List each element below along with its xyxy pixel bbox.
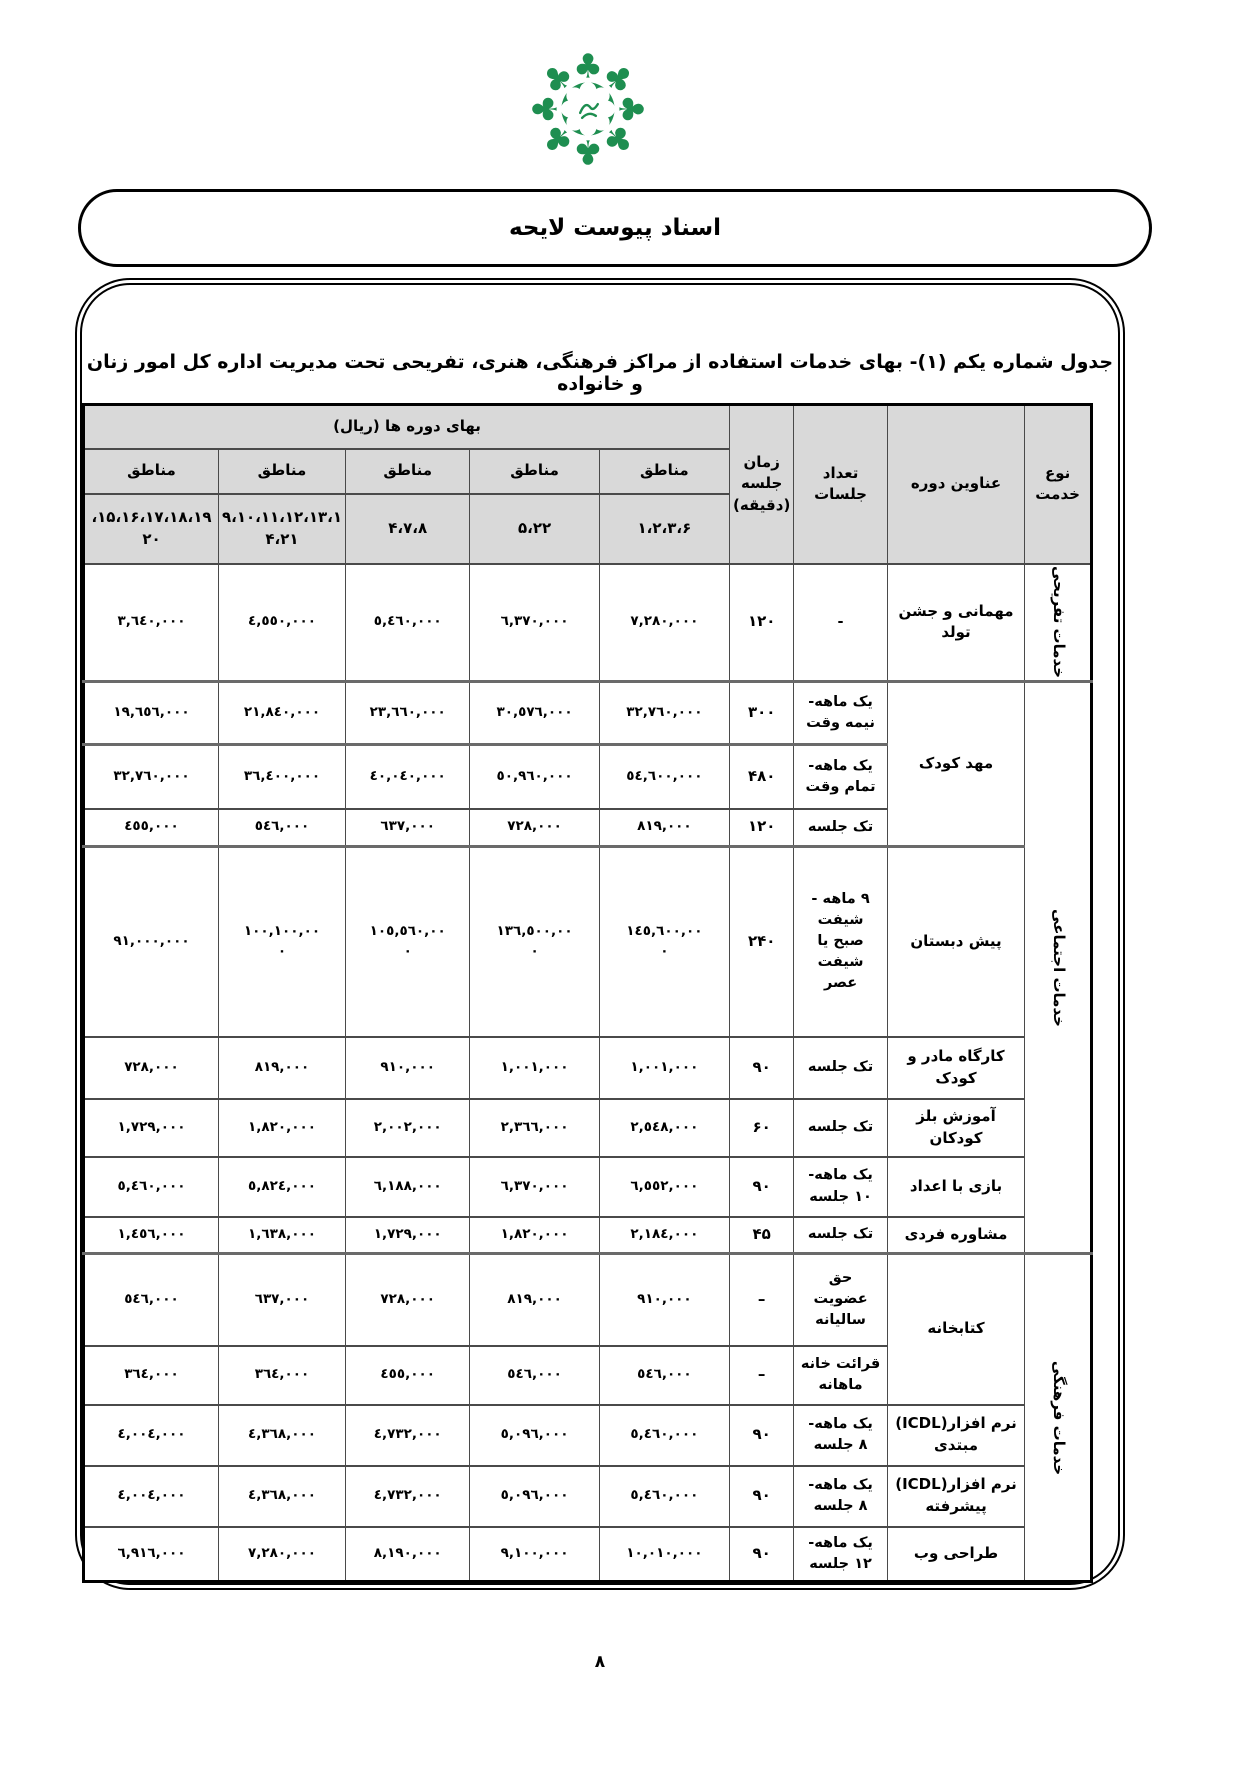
price-regions-4-7-8: ١,٧٢٩,٠٠٠ bbox=[346, 1217, 470, 1254]
price-regions-5-22: ٢,٣٦٦,٠٠٠ bbox=[470, 1099, 599, 1157]
session-count: یک ماهه- نیمه وقت bbox=[794, 682, 888, 745]
price-regions-5-22: ٧٢٨,٠٠٠ bbox=[470, 809, 599, 847]
price-regions-4-7-8: ٦٣٧,٠٠٠ bbox=[346, 809, 470, 847]
session-count: یک ماهه- ۸ جلسه bbox=[794, 1466, 888, 1527]
price-regions-5-22: ١,٠٠١,٠٠٠ bbox=[470, 1037, 599, 1099]
price-regions-5-22: ١٣٦,٥٠٠,٠٠ ٠ bbox=[470, 847, 599, 1037]
price-regions-5-22: ٣٠,٥٧٦,٠٠٠ bbox=[470, 682, 599, 745]
session-count: حق عضویت سالیانه bbox=[794, 1254, 888, 1346]
session-count: یک ماهه- ۱۰ جلسه bbox=[794, 1157, 888, 1217]
page-number: ۸ bbox=[75, 1652, 1125, 1672]
price-regions-15-20: ٤,٠٠٤,٠٠٠ bbox=[84, 1466, 219, 1527]
table-row: طراحی وب یک ماهه- ۱۲ جلسه ۹۰ ١٠,٠١٠,٠٠٠ … bbox=[84, 1527, 1092, 1582]
course-title: کتابخانه bbox=[887, 1254, 1024, 1405]
course-title: نرم افزار(ICDL) پیشرفته bbox=[887, 1466, 1024, 1527]
price-regions-15-20: ١,٤٥٦,٠٠٠ bbox=[84, 1217, 219, 1254]
table-row: خدمات تفریحی مهمانی و جشن تولد - ۱۲۰ ٧,٢… bbox=[84, 564, 1092, 682]
session-count: یک ماهه- ۸ جلسه bbox=[794, 1405, 888, 1466]
document-header-box: اسناد پیوست لایحه bbox=[78, 189, 1152, 267]
col-header-regions: مناطق bbox=[599, 449, 729, 494]
price-regions-9-14-21: ١,٨٢٠,٠٠٠ bbox=[218, 1099, 345, 1157]
col-header-service-type: نوع خدمت bbox=[1025, 405, 1092, 564]
session-time: ۹۰ bbox=[730, 1157, 794, 1217]
price-regions-15-20: ٣٦٤,٠٠٠ bbox=[84, 1346, 219, 1405]
price-regions-15-20: ٤,٠٠٤,٠٠٠ bbox=[84, 1405, 219, 1466]
price-regions-9-14-21: ٤,٣٦٨,٠٠٠ bbox=[218, 1405, 345, 1466]
price-regions-1-2-3-6: ٣٢,٧٦٠,٠٠٠ bbox=[599, 682, 729, 745]
price-regions-9-14-21: ١٠٠,١٠٠,٠٠ ٠ bbox=[218, 847, 345, 1037]
session-time: ۹۰ bbox=[730, 1527, 794, 1582]
price-regions-4-7-8: ١٠٥,٥٦٠,٠٠ ٠ bbox=[346, 847, 470, 1037]
price-regions-1-2-3-6: ٥,٤٦٠,٠٠٠ bbox=[599, 1466, 729, 1527]
region-group-9-14-21: ۹،۱۰،۱۱،۱۲،۱۳،۱ ۴،۲۱ bbox=[218, 494, 345, 564]
price-regions-4-7-8: ٢,٠٠٢,٠٠٠ bbox=[346, 1099, 470, 1157]
price-regions-1-2-3-6: ١٤٥,٦٠٠,٠٠ ٠ bbox=[599, 847, 729, 1037]
price-regions-4-7-8: ٩١٠,٠٠٠ bbox=[346, 1037, 470, 1099]
price-regions-9-14-21: ١,٦٣٨,٠٠٠ bbox=[218, 1217, 345, 1254]
table-row: نرم افزار(ICDL) مبتدی یک ماهه- ۸ جلسه ۹۰… bbox=[84, 1405, 1092, 1466]
course-title: آموزش بلز کودکان bbox=[887, 1099, 1024, 1157]
session-count: تک جلسه bbox=[794, 1037, 888, 1099]
session-time: ۹۰ bbox=[730, 1405, 794, 1466]
price-regions-1-2-3-6: ٧,٢٨٠,٠٠٠ bbox=[599, 564, 729, 682]
course-title: طراحی وب bbox=[887, 1527, 1024, 1582]
session-count: قرائت خانه ماهانه bbox=[794, 1346, 888, 1405]
price-regions-4-7-8: ٤,٧٣٢,٠٠٠ bbox=[346, 1466, 470, 1527]
session-time: ۶۰ bbox=[730, 1099, 794, 1157]
price-regions-5-22: ٥٠,٩٦٠,٠٠٠ bbox=[470, 745, 599, 809]
table-row: خدمات اجتماعی مهد کودک یک ماهه- نیمه وقت… bbox=[84, 682, 1092, 745]
session-time: – bbox=[730, 1346, 794, 1405]
session-count: تک جلسه bbox=[794, 1217, 888, 1254]
price-regions-4-7-8: ٨,١٩٠,٠٠٠ bbox=[346, 1527, 470, 1582]
session-time: ۴۸۰ bbox=[730, 745, 794, 809]
header-row-1: نوع خدمت عناوین دوره تعداد جلسات زمان جل… bbox=[84, 405, 1092, 449]
price-regions-4-7-8: ٢٣,٦٦٠,٠٠٠ bbox=[346, 682, 470, 745]
table-row: خدمات فرهنگی کتابخانه حق عضویت سالیانه –… bbox=[84, 1254, 1092, 1346]
price-regions-5-22: ٥,٠٩٦,٠٠٠ bbox=[470, 1405, 599, 1466]
price-regions-15-20: ٦,٩١٦,٠٠٠ bbox=[84, 1527, 219, 1582]
price-regions-4-7-8: ٤٥٥,٠٠٠ bbox=[346, 1346, 470, 1405]
price-regions-15-20: ٥,٤٦٠,٠٠٠ bbox=[84, 1157, 219, 1217]
services-price-table: نوع خدمت عناوین دوره تعداد جلسات زمان جل… bbox=[82, 403, 1093, 1583]
price-regions-4-7-8: ٤٠,٠٤٠,٠٠٠ bbox=[346, 745, 470, 809]
course-title: کارگاه مادر و کودک bbox=[887, 1037, 1024, 1099]
col-header-session-count: تعداد جلسات bbox=[794, 405, 888, 564]
price-regions-5-22: ٦,٣٧٠,٠٠٠ bbox=[470, 564, 599, 682]
region-group-1-2-3-6: ۱،۲،۳،۶ bbox=[599, 494, 729, 564]
session-time: ۲۴۰ bbox=[730, 847, 794, 1037]
service-group-cultural: خدمات فرهنگی bbox=[1025, 1254, 1092, 1582]
table-row: آموزش بلز کودکان تک جلسه ۶۰ ٢,٥٤٨,٠٠٠ ٢,… bbox=[84, 1099, 1092, 1157]
service-group-recreational: خدمات تفریحی bbox=[1025, 564, 1092, 682]
price-regions-5-22: ١,٨٢٠,٠٠٠ bbox=[470, 1217, 599, 1254]
course-title: بازی با اعداد bbox=[887, 1157, 1024, 1217]
col-header-regions: مناطق bbox=[346, 449, 470, 494]
document-header-title: اسناد پیوست لایحه bbox=[509, 215, 721, 241]
price-regions-1-2-3-6: ٢,٥٤٨,٠٠٠ bbox=[599, 1099, 729, 1157]
price-regions-5-22: ٨١٩,٠٠٠ bbox=[470, 1254, 599, 1346]
content-frame: جدول شماره یکم (۱)- بهای خدمات استفاده ا… bbox=[75, 278, 1125, 1590]
price-regions-4-7-8: ٦,١٨٨,٠٠٠ bbox=[346, 1157, 470, 1217]
price-regions-1-2-3-6: ٩١٠,٠٠٠ bbox=[599, 1254, 729, 1346]
region-group-5-22: ۵،۲۲ bbox=[470, 494, 599, 564]
session-count: یک ماهه- تمام وقت bbox=[794, 745, 888, 809]
price-regions-15-20: ٣٢,٧٦٠,٠٠٠ bbox=[84, 745, 219, 809]
table-row: پیش دبستان ۹ ماهه - شیفت صبح یا شیفت عصر… bbox=[84, 847, 1092, 1037]
price-regions-5-22: ٩,١٠٠,٠٠٠ bbox=[470, 1527, 599, 1582]
price-regions-9-14-21: ٤,٥٥٠,٠٠٠ bbox=[218, 564, 345, 682]
price-regions-9-14-21: ٣٦,٤٠٠,٠٠٠ bbox=[218, 745, 345, 809]
price-regions-1-2-3-6: ٥٤٦,٠٠٠ bbox=[599, 1346, 729, 1405]
price-regions-9-14-21: ٢١,٨٤٠,٠٠٠ bbox=[218, 682, 345, 745]
session-time: – bbox=[730, 1254, 794, 1346]
col-header-price-group: بهای دوره ها (ریال) bbox=[84, 405, 730, 449]
course-title: مهمانی و جشن تولد bbox=[887, 564, 1024, 682]
services-table-wrapper: نوع خدمت عناوین دوره تعداد جلسات زمان جل… bbox=[82, 403, 1093, 1583]
course-title: پیش دبستان bbox=[887, 847, 1024, 1037]
price-regions-1-2-3-6: ٨١٩,٠٠٠ bbox=[599, 809, 729, 847]
course-title: نرم افزار(ICDL) مبتدی bbox=[887, 1405, 1024, 1466]
col-header-regions: مناطق bbox=[218, 449, 345, 494]
session-count: تک جلسه bbox=[794, 1099, 888, 1157]
session-time: ۳۰۰ bbox=[730, 682, 794, 745]
price-regions-9-14-21: ٥٤٦,٠٠٠ bbox=[218, 809, 345, 847]
price-regions-15-20: ٤٥٥,٠٠٠ bbox=[84, 809, 219, 847]
price-regions-15-20: ٥٤٦,٠٠٠ bbox=[84, 1254, 219, 1346]
price-regions-9-14-21: ٦٣٧,٠٠٠ bbox=[218, 1254, 345, 1346]
session-count: - bbox=[794, 564, 888, 682]
price-regions-4-7-8: ٧٢٨,٠٠٠ bbox=[346, 1254, 470, 1346]
price-regions-15-20: ٧٢٨,٠٠٠ bbox=[84, 1037, 219, 1099]
document-page: { "page": { "header_title": "اسناد پیوست… bbox=[0, 0, 1241, 1778]
session-count: تک جلسه bbox=[794, 809, 888, 847]
price-regions-9-14-21: ٣٦٤,٠٠٠ bbox=[218, 1346, 345, 1405]
course-title: مشاوره فردی bbox=[887, 1217, 1024, 1254]
price-regions-4-7-8: ٤,٧٣٢,٠٠٠ bbox=[346, 1405, 470, 1466]
price-regions-1-2-3-6: ١,٠٠١,٠٠٠ bbox=[599, 1037, 729, 1099]
price-regions-4-7-8: ٥,٤٦٠,٠٠٠ bbox=[346, 564, 470, 682]
tehran-municipality-logo-icon: ♣ ♣ ♣ ♣ ♣ ♣ ♣ ♣ bbox=[527, 46, 649, 172]
session-count: ۹ ماهه - شیفت صبح یا شیفت عصر bbox=[794, 847, 888, 1037]
price-regions-5-22: ٦,٣٧٠,٠٠٠ bbox=[470, 1157, 599, 1217]
session-time: ۹۰ bbox=[730, 1466, 794, 1527]
price-regions-5-22: ٥,٠٩٦,٠٠٠ bbox=[470, 1466, 599, 1527]
table-row: نرم افزار(ICDL) پیشرفته یک ماهه- ۸ جلسه … bbox=[84, 1466, 1092, 1527]
price-regions-9-14-21: ٧,٢٨٠,٠٠٠ bbox=[218, 1527, 345, 1582]
col-header-course-title: عناوین دوره bbox=[887, 405, 1024, 564]
session-time: ۱۲۰ bbox=[730, 809, 794, 847]
price-regions-15-20: ٣,٦٤٠,٠٠٠ bbox=[84, 564, 219, 682]
service-group-social: خدمات اجتماعی bbox=[1025, 682, 1092, 1254]
session-time: ۹۰ bbox=[730, 1037, 794, 1099]
price-regions-9-14-21: ٤,٣٦٨,٠٠٠ bbox=[218, 1466, 345, 1527]
table-title: جدول شماره یکم (۱)- بهای خدمات استفاده ا… bbox=[82, 351, 1118, 395]
price-regions-9-14-21: ٥,٨٢٤,٠٠٠ bbox=[218, 1157, 345, 1217]
session-count: یک ماهه- ۱۲ جلسه bbox=[794, 1527, 888, 1582]
price-regions-1-2-3-6: ١٠,٠١٠,٠٠٠ bbox=[599, 1527, 729, 1582]
price-regions-1-2-3-6: ٥٤,٦٠٠,٠٠٠ bbox=[599, 745, 729, 809]
price-regions-1-2-3-6: ٥,٤٦٠,٠٠٠ bbox=[599, 1405, 729, 1466]
table-row: کارگاه مادر و کودک تک جلسه ۹۰ ١,٠٠١,٠٠٠ … bbox=[84, 1037, 1092, 1099]
course-title: مهد کودک bbox=[887, 682, 1024, 847]
session-time: ۱۲۰ bbox=[730, 564, 794, 682]
session-time: ۴۵ bbox=[730, 1217, 794, 1254]
price-regions-1-2-3-6: ٦,٥٥٢,٠٠٠ bbox=[599, 1157, 729, 1217]
col-header-session-time: زمان جلسه (دقیقه) bbox=[730, 405, 794, 564]
table-row: بازی با اعداد یک ماهه- ۱۰ جلسه ۹۰ ٦,٥٥٢,… bbox=[84, 1157, 1092, 1217]
price-regions-15-20: ١٩,٦٥٦,٠٠٠ bbox=[84, 682, 219, 745]
col-header-regions: مناطق bbox=[84, 449, 219, 494]
col-header-regions: مناطق bbox=[470, 449, 599, 494]
price-regions-15-20: ٩١,٠٠٠,٠٠٠ bbox=[84, 847, 219, 1037]
region-group-4-7-8: ۴،۷،۸ bbox=[346, 494, 470, 564]
price-regions-1-2-3-6: ٢,١٨٤,٠٠٠ bbox=[599, 1217, 729, 1254]
table-row: مشاوره فردی تک جلسه ۴۵ ٢,١٨٤,٠٠٠ ١,٨٢٠,٠… bbox=[84, 1217, 1092, 1254]
price-regions-5-22: ٥٤٦,٠٠٠ bbox=[470, 1346, 599, 1405]
price-regions-9-14-21: ٨١٩,٠٠٠ bbox=[218, 1037, 345, 1099]
price-regions-15-20: ١,٧٢٩,٠٠٠ bbox=[84, 1099, 219, 1157]
region-group-15-20: ۱۵،۱۶،۱۷،۱۸،۱۹، ۲۰ bbox=[84, 494, 219, 564]
